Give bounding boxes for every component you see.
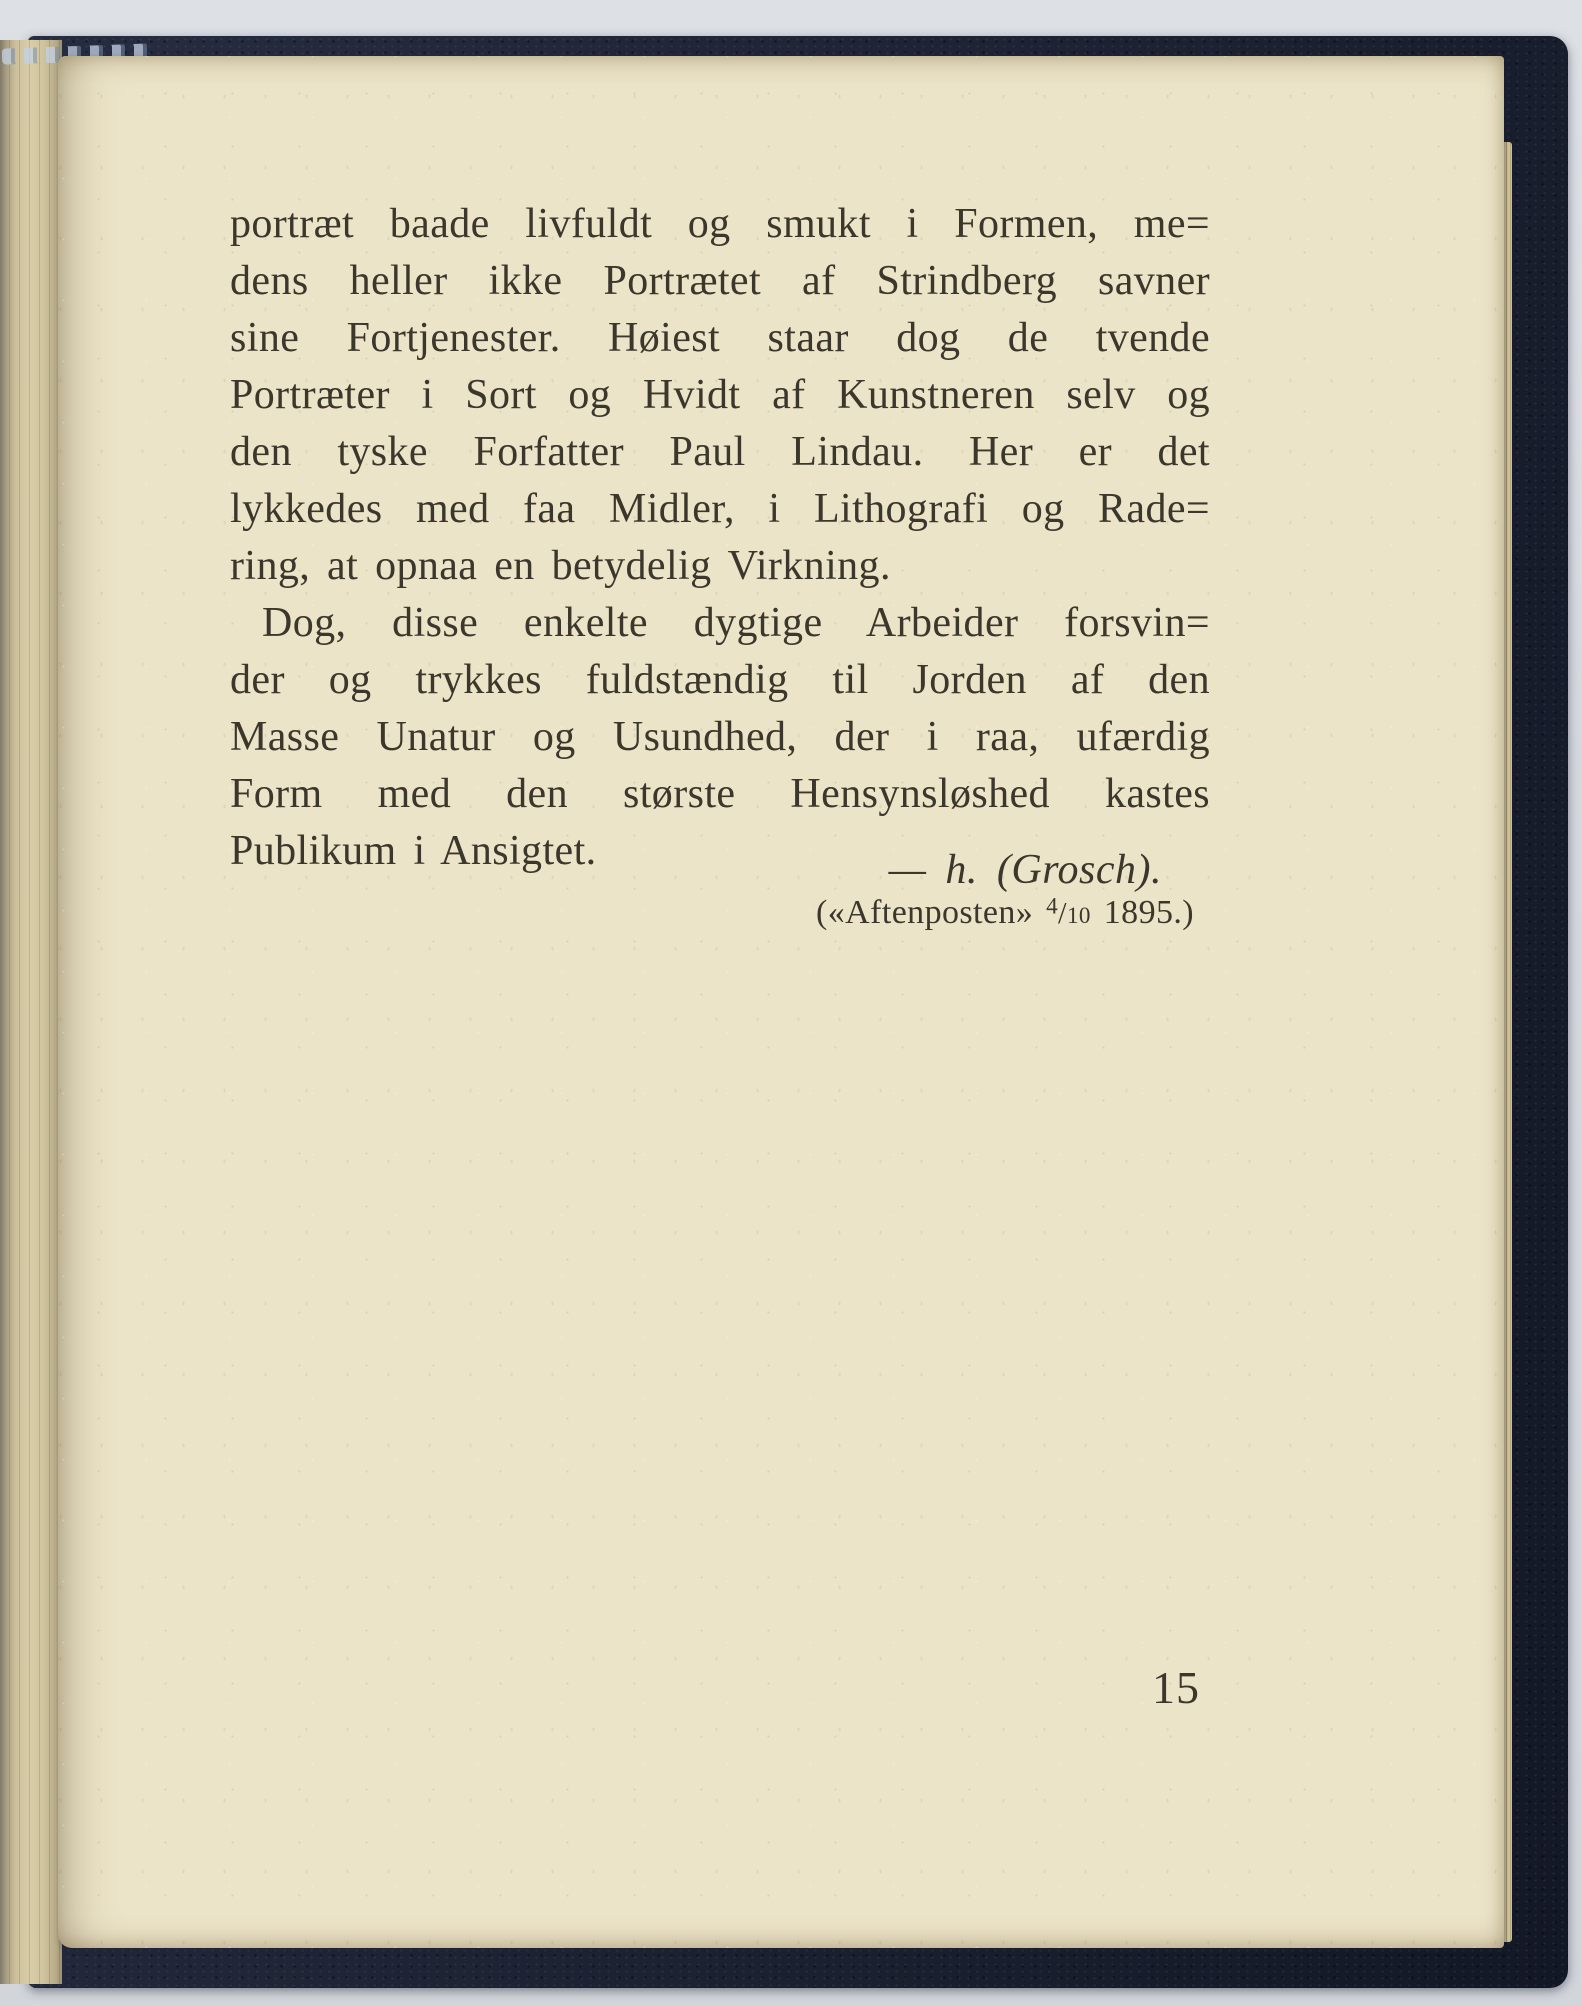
text-line: sine Fortjenester. Høiest staar dog de t… <box>230 310 1210 367</box>
citation-date-slash: / <box>1058 896 1067 930</box>
signature: — h. (Grosch). <box>230 844 1210 896</box>
text-line: Portræter i Sort og Hvidt af Kunstneren … <box>230 367 1210 424</box>
text-line: lykkedes med faa Midler, i Lithografi og… <box>230 481 1210 538</box>
text-line: dens heller ikke Portrætet af Strindberg… <box>230 253 1210 310</box>
page-number: 15 <box>1108 1661 1200 1714</box>
text-line: der og trykkes fuldstændig til Jorden af… <box>230 652 1210 709</box>
text-line: Dog, disse enkelte dygtige Arbeider fors… <box>230 595 1210 652</box>
text-line: ring, at opnaa en betydelig Virkning. <box>230 538 1210 595</box>
citation-source: («Aftenposten» <box>816 894 1033 931</box>
citation-date-fraction: 4/10 <box>1046 894 1091 931</box>
text-line: Form med den største Hensynsløshed kaste… <box>230 766 1210 823</box>
scanned-book-spread: portræt baade livfuldt og smukt i Formen… <box>0 0 1582 2006</box>
citation-year: 1895.) <box>1104 894 1194 931</box>
text-line: Masse Unatur og Usundhed, der i raa, ufæ… <box>230 709 1210 766</box>
text-line: den tyske Forfatter Paul Lindau. Her er … <box>230 424 1210 481</box>
text-block: portræt baade livfuldt og smukt i Formen… <box>230 196 1210 880</box>
citation-date-day: 4 <box>1046 893 1058 919</box>
citation-date-month: 10 <box>1067 903 1091 929</box>
citation: («Aftenposten» 4/10 1895.) <box>230 891 1210 938</box>
book-page: portræt baade livfuldt og smukt i Formen… <box>58 56 1504 1948</box>
text-line: portræt baade livfuldt og smukt i Formen… <box>230 196 1210 253</box>
page-edges-left <box>0 40 62 1984</box>
